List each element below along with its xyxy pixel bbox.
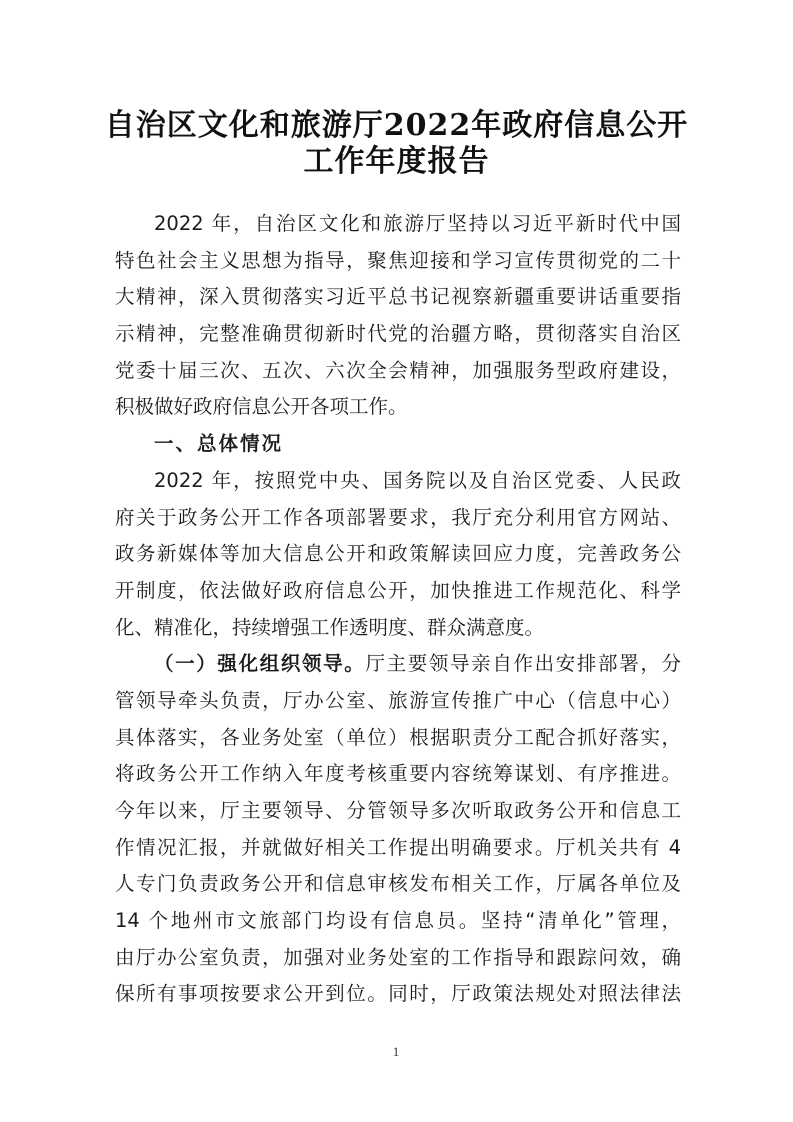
paragraph-line: 具体落实，各业务处室（单位）根据职责分工配合抓好落实， — [115, 720, 681, 757]
paragraph-line: 府关于政务公开工作各项部署要求，我厅充分利用官方网站、 — [115, 500, 681, 537]
paragraph-line: 2022 年，按照党中央、国务院以及自治区党委、人民政 — [115, 463, 681, 500]
paragraph-line: 政务新媒体等加大信息公开和政策解读回应力度，完善政务公 — [115, 536, 681, 573]
paragraph-line: 人专门负责政务公开和信息审核发布相关工作，厅属各单位及 — [115, 866, 681, 903]
paragraph-line: 作情况汇报，并就做好相关工作提出明确要求。厅机关共有 4 — [115, 830, 681, 867]
paragraph-line: 14 个地州市文旅部门均设有信息员。坚持“清单化”管理， — [115, 903, 681, 940]
paragraph-line: 大精神，深入贯彻落实习近平总书记视察新疆重要讲话重要指 — [115, 279, 681, 316]
paragraph-line: 今年以来，厅主要领导、分管领导多次听取政务公开和信息工 — [115, 793, 681, 830]
subsection-first-line: （一）强化组织领导。厅主要领导亲自作出安排部署，分 — [115, 646, 681, 683]
page-number: 1 — [386, 1044, 406, 1060]
document-body: 2022 年，自治区文化和旅游厅坚持以习近平新时代中国 特色社会主义思想为指导，… — [115, 206, 681, 1013]
document-page: 自治区文化和旅游厅2022年政府信息公开 工作年度报告 2022 年，自治区文化… — [0, 0, 793, 1122]
paragraph-line: 积极做好政府信息公开各项工作。 — [115, 389, 681, 426]
paragraph-line: 由厅办公室负责，加强对业务处室的工作指导和跟踪问效，确 — [115, 940, 681, 977]
paragraph-line: 特色社会主义思想为指导，聚焦迎接和学习宣传贯彻党的二十 — [115, 243, 681, 280]
paragraph-line: 将政务公开工作纳入年度考核重要内容统筹谋划、有序推进。 — [115, 756, 681, 793]
subsection-text: 厅主要领导亲自作出安排部署，分 — [365, 652, 681, 675]
paragraph-line: 2022 年，自治区文化和旅游厅坚持以习近平新时代中国 — [115, 206, 681, 243]
document-title-line-2: 工作年度报告 — [60, 136, 733, 180]
section-heading: 一、总体情况 — [115, 426, 681, 463]
paragraph-line: 化、精准化，持续增强工作透明度、群众满意度。 — [115, 610, 681, 647]
paragraph-line: 党委十届三次、五次、六次全会精神，加强服务型政府建设， — [115, 353, 681, 390]
subsection-label: （一）强化组织领导。 — [154, 652, 365, 675]
paragraph-line: 保所有事项按要求公开到位。同时，厅政策法规处对照法律法 — [115, 976, 681, 1013]
paragraph-line: 开制度，依法做好政府信息公开，加快推进工作规范化、科学 — [115, 573, 681, 610]
paragraph-line: 管领导牵头负责，厅办公室、旅游宣传推广中心（信息中心） — [115, 683, 681, 720]
paragraph-line: 示精神，完整准确贯彻新时代党的治疆方略，贯彻落实自治区 — [115, 316, 681, 353]
